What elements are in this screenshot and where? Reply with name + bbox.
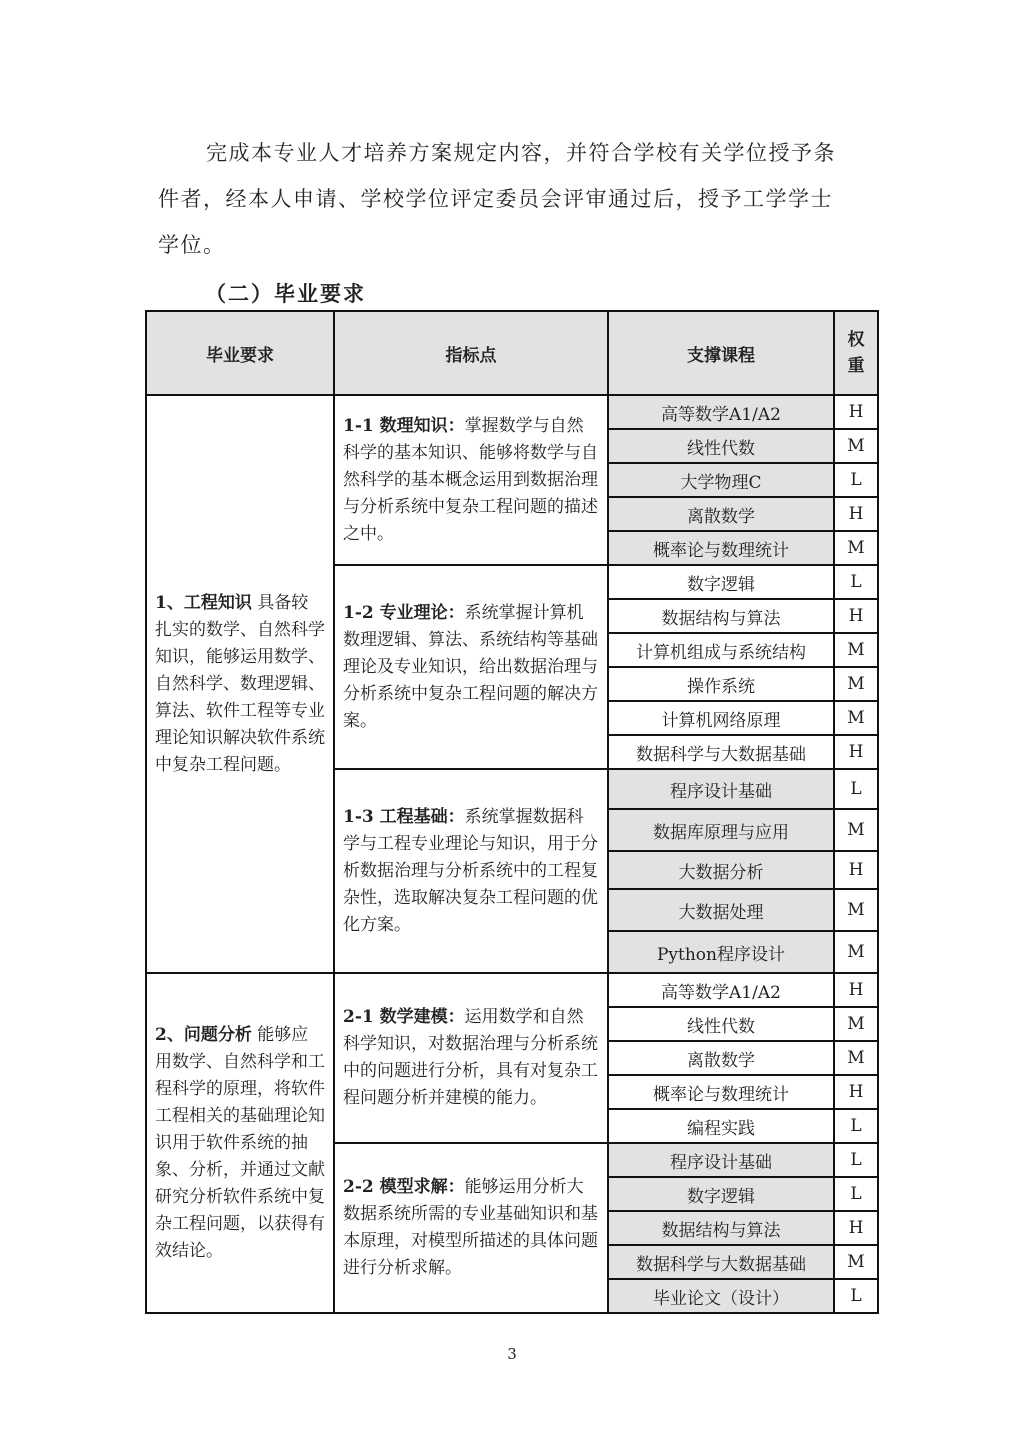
course-cell: 程序设计基础 <box>608 1143 834 1177</box>
course-cell: 概率论与数理统计 <box>608 531 834 565</box>
indicator-code: 2-1 数学建模： <box>343 1007 465 1027</box>
table-row: 1、工程知识 具备较扎实的数学、自然科学知识，能够运用数学、自然科学、数理逻辑、… <box>146 395 878 429</box>
course-cell: 大学物理C <box>608 463 834 497</box>
table-row: 2、问题分析 能够应用数学、自然科学和工程科学的原理，将软件工程相关的基础理论知… <box>146 973 878 1007</box>
requirement-title: 1、工程知识 <box>155 593 252 613</box>
indicator-code: 1-1 数理知识： <box>343 416 465 436</box>
weight-cell: M <box>834 531 878 565</box>
course-cell: 数据结构与算法 <box>608 1211 834 1245</box>
weight-cell: M <box>834 931 878 973</box>
requirement-cell: 2、问题分析 能够应用数学、自然科学和工程科学的原理，将软件工程相关的基础理论知… <box>146 973 334 1313</box>
course-cell: 毕业论文（设计） <box>608 1279 834 1313</box>
course-cell: 概率论与数理统计 <box>608 1075 834 1109</box>
course-cell: 高等数学A1/A2 <box>608 973 834 1007</box>
paragraph-line: 件者，经本人申请、学校学位评定委员会评审通过后，授予工学学士 <box>158 187 833 211</box>
requirement-text: 具备较扎实的数学、自然科学知识，能够运用数学、自然科学、数理逻辑、算法、软件工程… <box>155 593 325 775</box>
header-requirement: 毕业要求 <box>146 311 334 395</box>
weight-cell: M <box>834 667 878 701</box>
weight-cell: L <box>834 1177 878 1211</box>
weight-cell: H <box>834 851 878 889</box>
course-cell: 数字逻辑 <box>608 1177 834 1211</box>
weight-cell: M <box>834 429 878 463</box>
weight-cell: L <box>834 463 878 497</box>
course-cell: 操作系统 <box>608 667 834 701</box>
table-header-row: 毕业要求 指标点 支撑课程 权重 <box>146 311 878 395</box>
course-cell: 数字逻辑 <box>608 565 834 599</box>
indicator-cell: 1-1 数理知识：掌握数学与自然科学的基本知识、能够将数学与自然科学的基本概念运… <box>334 395 608 565</box>
weight-cell: L <box>834 1279 878 1313</box>
header-course: 支撑课程 <box>608 311 834 395</box>
weight-cell: M <box>834 1007 878 1041</box>
course-cell: 大数据处理 <box>608 889 834 931</box>
course-cell: 数据科学与大数据基础 <box>608 735 834 769</box>
course-cell: 编程实践 <box>608 1109 834 1143</box>
graduation-requirements-table: 毕业要求 指标点 支撑课程 权重 1、工程知识 具备较扎实的数学、自然科学知识，… <box>145 310 879 1314</box>
course-cell: Python程序设计 <box>608 931 834 973</box>
course-cell: 计算机网络原理 <box>608 701 834 735</box>
course-cell: 高等数学A1/A2 <box>608 395 834 429</box>
course-cell: 线性代数 <box>608 1007 834 1041</box>
weight-cell: H <box>834 1211 878 1245</box>
course-cell: 数据库原理与应用 <box>608 809 834 851</box>
weight-cell: L <box>834 769 878 809</box>
page-number: 3 <box>0 1345 1024 1363</box>
weight-cell: L <box>834 565 878 599</box>
weight-cell: M <box>834 889 878 931</box>
weight-cell: M <box>834 809 878 851</box>
course-cell: 线性代数 <box>608 429 834 463</box>
course-cell: 数据结构与算法 <box>608 599 834 633</box>
section-heading: （二）毕业要求 <box>205 278 366 308</box>
paragraph-line: 完成本专业人才培养方案规定内容，并符合学校有关学位授予条 <box>206 141 836 165</box>
weight-cell: M <box>834 1041 878 1075</box>
weight-cell: H <box>834 735 878 769</box>
course-cell: 计算机组成与系统结构 <box>608 633 834 667</box>
weight-cell: H <box>834 1075 878 1109</box>
weight-cell: L <box>834 1109 878 1143</box>
weight-cell: H <box>834 395 878 429</box>
indicator-code: 2-2 模型求解： <box>343 1177 465 1197</box>
indicator-cell: 2-2 模型求解：能够运用分析大数据系统所需的专业基础知识和基本原理，对模型所描… <box>334 1143 608 1313</box>
weight-cell: M <box>834 1245 878 1279</box>
course-cell: 大数据分析 <box>608 851 834 889</box>
weight-cell: M <box>834 633 878 667</box>
requirement-text: 能够应用数学、自然科学和工程科学的原理，将软件工程相关的基础理论知识用于软件系统… <box>155 1025 325 1261</box>
indicator-cell: 1-2 专业理论：系统掌握计算机数理逻辑、算法、系统结构等基础理论及专业知识，给… <box>334 565 608 769</box>
intro-paragraph: 完成本专业人才培养方案规定内容，并符合学校有关学位授予条 件者，经本人申请、学校… <box>158 130 873 268</box>
course-cell: 离散数学 <box>608 1041 834 1075</box>
requirement-cell: 1、工程知识 具备较扎实的数学、自然科学知识，能够运用数学、自然科学、数理逻辑、… <box>146 395 334 973</box>
requirement-title: 2、问题分析 <box>155 1025 252 1045</box>
course-cell: 数据科学与大数据基础 <box>608 1245 834 1279</box>
course-cell: 离散数学 <box>608 497 834 531</box>
indicator-code: 1-2 专业理论： <box>343 603 465 623</box>
course-cell: 程序设计基础 <box>608 769 834 809</box>
indicator-code: 1-3 工程基础： <box>343 807 465 827</box>
header-indicator: 指标点 <box>334 311 608 395</box>
weight-cell: L <box>834 1143 878 1177</box>
paragraph-line: 学位。 <box>158 233 226 257</box>
weight-cell: H <box>834 497 878 531</box>
weight-cell: M <box>834 701 878 735</box>
weight-cell: H <box>834 599 878 633</box>
header-weight: 权重 <box>834 311 878 395</box>
indicator-cell: 1-3 工程基础：系统掌握数据科学与工程专业理论与知识，用于分析数据治理与分析系… <box>334 769 608 973</box>
indicator-cell: 2-1 数学建模：运用数学和自然科学知识，对数据治理与分析系统中的问题进行分析，… <box>334 973 608 1143</box>
weight-cell: H <box>834 973 878 1007</box>
